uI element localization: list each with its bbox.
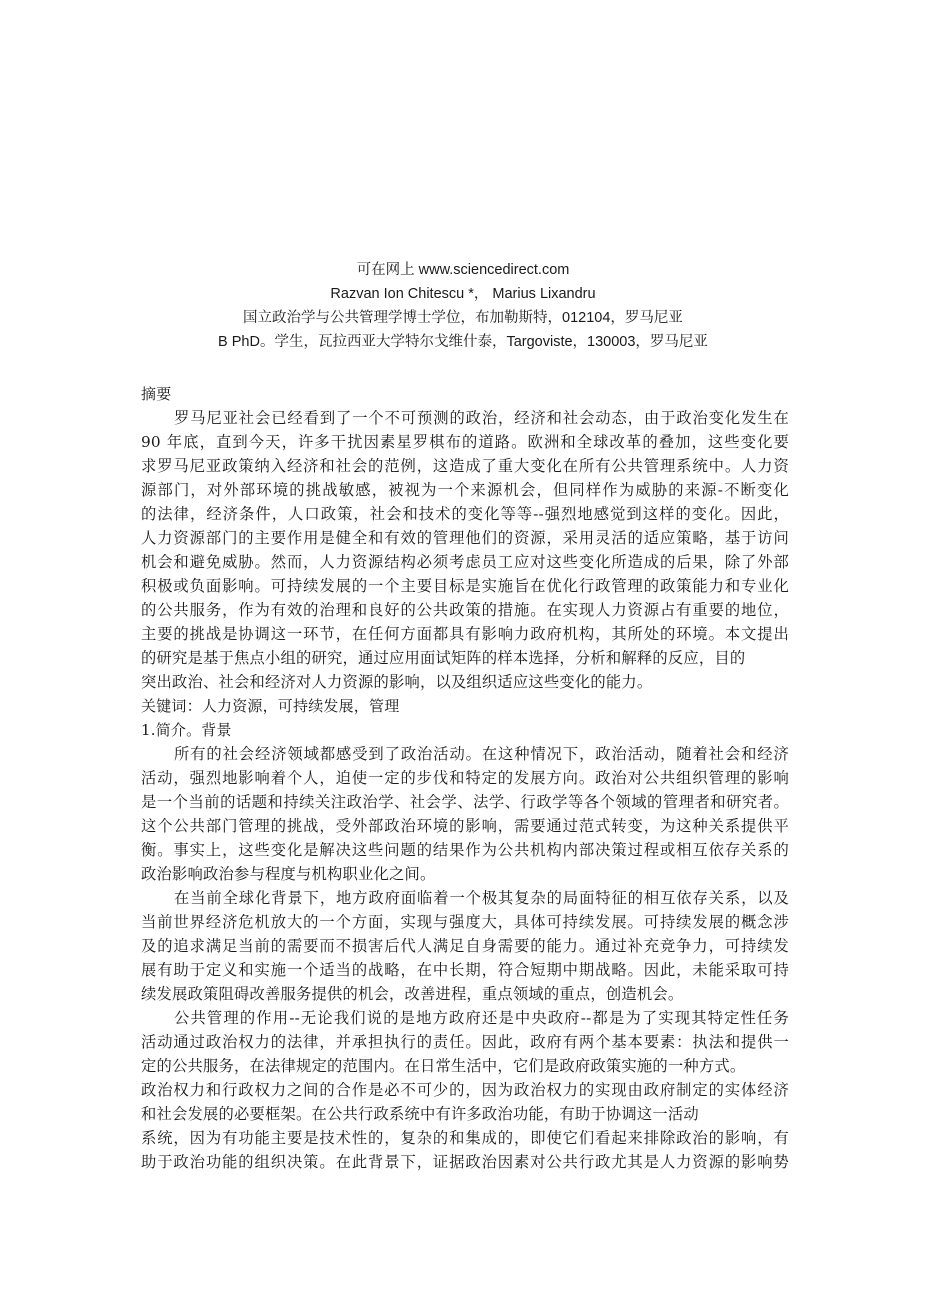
paragraph-line: 及的追求满足当前的需要而不损害后代人满足自身需要的能力。通过补充竞争力，可持续发 <box>141 934 789 958</box>
abstract-line: 机会和避免威胁。然而，人力资源结构必须考虑员工应对这些变化所造成的后果，除了外部 <box>141 550 789 574</box>
paragraph-line: 公共管理的作用--无论我们说的是地方政府还是中央政府--都是为了实现其特定性任务 <box>141 1006 789 1030</box>
document-page: 可在网上 www.sciencedirect.com Razvan Ion Ch… <box>0 0 926 1309</box>
paragraph-line: 系统，因为有功能主要是技术性的，复杂的和集成的，即使它们看起来排除政治的影响，有 <box>141 1126 789 1150</box>
section-heading: 1.简介。背景 <box>141 718 789 742</box>
abstract-line: 求罗马尼亚政策纳入经济和社会的范例，这造成了重大变化在所有公共管理系统中。人力资 <box>141 454 789 478</box>
paragraph-line: 政治影响政治参与程度与机构职业化之间。 <box>141 862 789 886</box>
paragraph-line: 在当前全球化背景下，地方政府面临着一个极其复杂的局面特征的相互依存关系，以及 <box>141 886 789 910</box>
paragraph-line: 衡。事实上，这些变化是解决这些问题的结果作为公共机构内部决策过程或相互依存关系的 <box>141 838 789 862</box>
abstract-line: 积极或负面影响。可持续发展的一个主要目标是实施旨在优化行政管理的政策能力和专业化 <box>141 574 789 598</box>
paragraph-line: 活动，强烈地影响着个人，迫使一定的步伐和特定的发展方向。政治对公共组织管理的影响 <box>141 766 789 790</box>
paragraph-line: 这个公共部门管理的挑战，受外部政治环境的影响，需要通过范式转变，为这种关系提供平 <box>141 814 789 838</box>
article-body: 摘要 罗马尼亚社会已经看到了一个不可预测的政治，经济和社会动态，由于政治变化发生… <box>141 382 789 1174</box>
affiliation-a: 国立政治学与公共管理学博士学位，布加勒斯特，012104，罗马尼亚 <box>0 306 926 330</box>
paragraph-line: 是一个当前的话题和持续关注政治学、社会学、法学、行政学等各个领域的管理者和研究者… <box>141 790 789 814</box>
paragraph-line: 和社会发展的必要框架。在公共行政系统中有许多政治功能，有助于协调这一活动 <box>141 1102 789 1126</box>
paragraph-line: 活动通过政治权力的法律，并承担执行的责任。因此，政府有两个基本要素：执法和提供一 <box>141 1030 789 1054</box>
abstract-heading: 摘要 <box>141 382 789 406</box>
article-header: 可在网上 www.sciencedirect.com Razvan Ion Ch… <box>0 258 926 354</box>
paragraph-line: 展有助于定义和实施一个适当的战略，在中长期，符合短期中期战略。因此，未能采取可持 <box>141 958 789 982</box>
abstract-line: 的公共服务，作为有效的治理和良好的公共政策的措施。在实现人力资源占有重要的地位， <box>141 598 789 622</box>
paragraph-2: 在当前全球化背景下，地方政府面临着一个极其复杂的局面特征的相互依存关系，以及 当… <box>141 886 789 1006</box>
abstract-text: 罗马尼亚社会已经看到了一个不可预测的政治，经济和社会动态，由于政治变化发生在 9… <box>141 406 789 694</box>
abstract-line: 源部门，对外部环境的挑战敏感，被视为一个来源机会，但同样作为威胁的来源-不断变化 <box>141 478 789 502</box>
paragraph-3: 公共管理的作用--无论我们说的是地方政府还是中央政府--都是为了实现其特定性任务… <box>141 1006 789 1174</box>
paragraph-line: 助于政治功能的组织决策。在此背景下，证据政治因素对公共行政尤其是人力资源的影响势 <box>141 1150 789 1174</box>
paragraph-line: 所有的社会经济领域都感受到了政治活动。在这种情况下，政治活动，随着社会和经济 <box>141 742 789 766</box>
abstract-line: 的研究是基于焦点小组的研究，通过应用面试矩阵的样本选择，分析和解释的反应，目的 <box>141 646 789 670</box>
availability-line: 可在网上 www.sciencedirect.com <box>0 258 926 282</box>
affiliation-b: B PhD。学生，瓦拉西亚大学特尔戈维什泰，Targoviste，130003，… <box>0 330 926 354</box>
paragraph-1: 所有的社会经济领域都感受到了政治活动。在这种情况下，政治活动，随着社会和经济 活… <box>141 742 789 886</box>
abstract-line: 突出政治、社会和经济对人力资源的影响，以及组织适应这些变化的能力。 <box>141 670 789 694</box>
paragraph-line: 续发展政策阻碍改善服务提供的机会，改善进程，重点领域的重点，创造机会。 <box>141 982 789 1006</box>
abstract-line: 的法律，经济条件，人口政策，社会和技术的变化等等--强烈地感觉到这样的变化。因此… <box>141 502 789 526</box>
keywords-line: 关键词：人力资源，可持续发展，管理 <box>141 694 789 718</box>
abstract-line: 90 年底，直到今天，许多干扰因素星罗棋布的道路。欧洲和全球改革的叠加，这些变化… <box>141 430 789 454</box>
abstract-line: 主要的挑战是协调这一环节，在任何方面都具有影响力政府机构，其所处的环境。本文提出 <box>141 622 789 646</box>
abstract-line: 人力资源部门的主要作用是健全和有效的管理他们的资源，采用灵活的适应策略，基于访问 <box>141 526 789 550</box>
paragraph-line: 当前世界经济危机放大的一个方面，实现与强度大，具体可持续发展。可持续发展的概念涉 <box>141 910 789 934</box>
abstract-line: 罗马尼亚社会已经看到了一个不可预测的政治，经济和社会动态，由于政治变化发生在 <box>141 406 789 430</box>
paragraph-line: 政治权力和行政权力之间的合作是必不可少的，因为政治权力的实现由政府制定的实体经济 <box>141 1078 789 1102</box>
paragraph-line: 定的公共服务，在法律规定的范围内。在日常生活中，它们是政府政策实施的一种方式。 <box>141 1054 789 1078</box>
authors-line: Razvan Ion Chitescu *， Marius Lixandru <box>0 282 926 306</box>
